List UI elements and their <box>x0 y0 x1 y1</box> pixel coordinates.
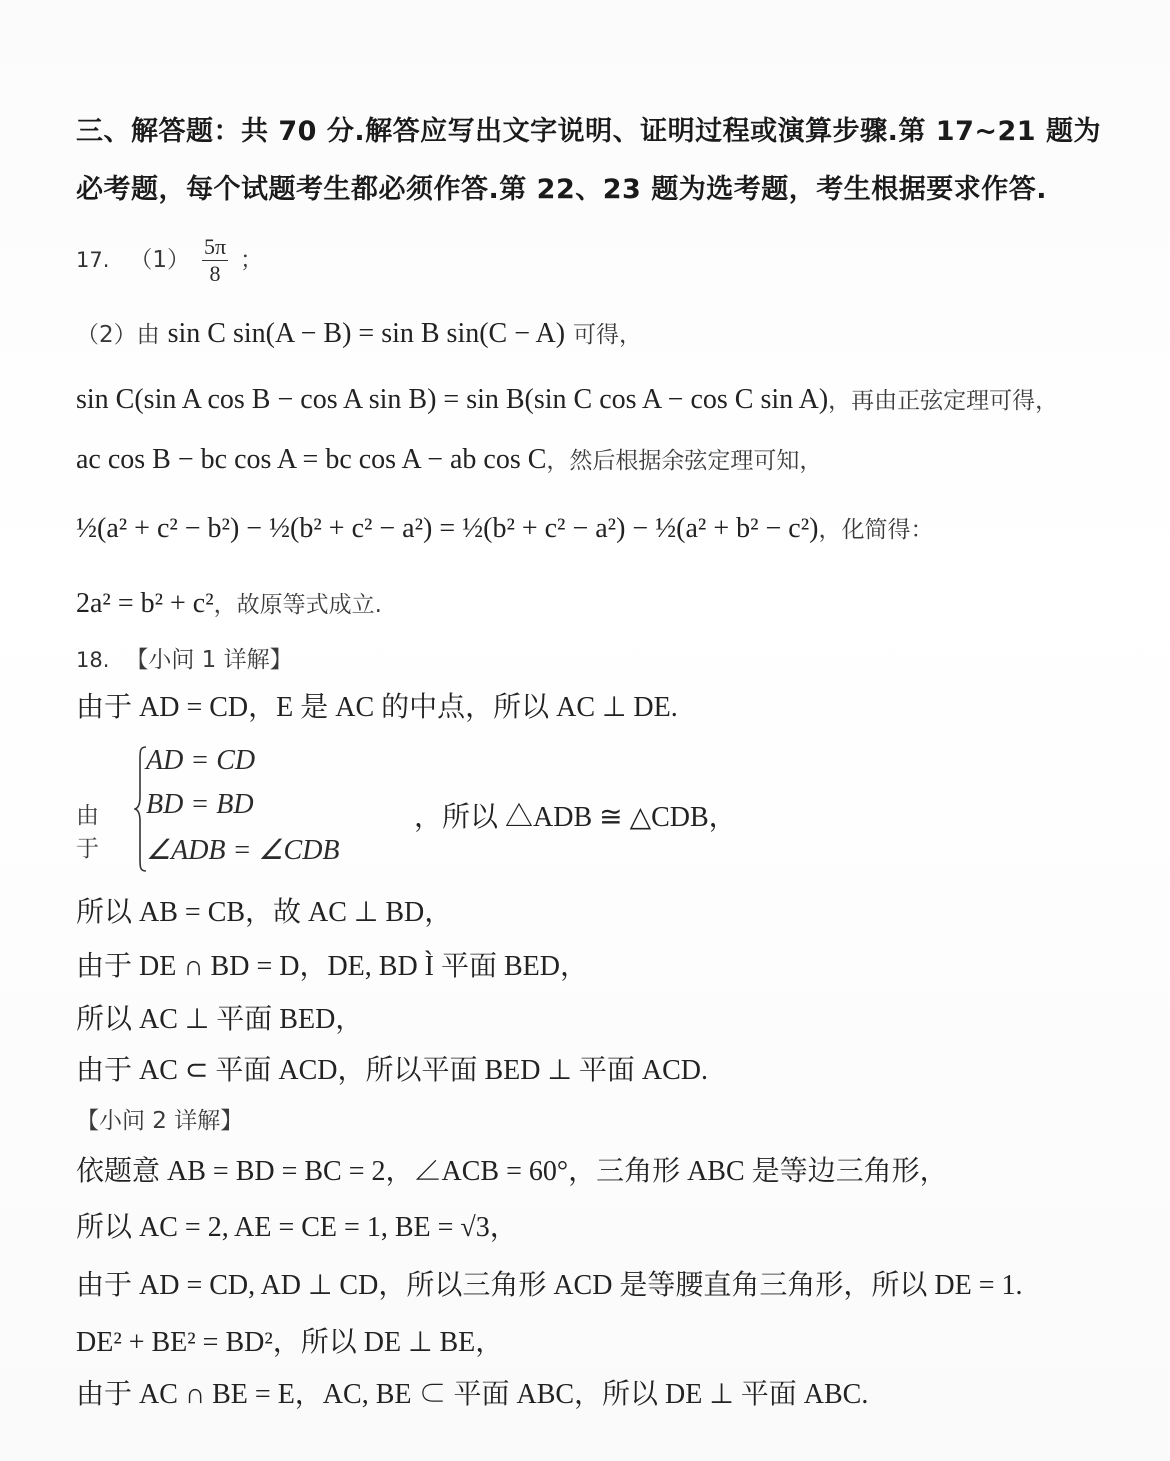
q17-part2-line-1: （2）由 sin C sin(A − B) = sin B sin(C − A)… <box>76 320 642 348</box>
equation: ac cos B − bc cos A = bc cos A − ab cos … <box>76 444 546 475</box>
fraction-denominator: 8 <box>210 261 221 285</box>
section-header-line-1: 三、解答题：共 70 分.解答应写出文字说明、证明过程或演算步骤.第 17~21… <box>76 118 1101 145</box>
text-post: 可得， <box>573 322 642 348</box>
q18-sub1-line-5: 所以 AC ⊥ 平面 BED， <box>76 1006 363 1034</box>
q18-sub2-line-1: 依题意 AB = BD = BC = 2，∠ACB = 60°，三角形 ABC … <box>76 1158 948 1186</box>
q17-part2-line-2: sin C(sin A cos B − cos A sin B) = sin B… <box>76 386 1058 414</box>
equation: 2a² = b² + c² <box>76 588 214 619</box>
fraction-numerator: 5π <box>202 236 228 261</box>
q18-sub1-line-1: 由于 AD = CD，E 是 AC 的中点，所以 AC ⊥ DE. <box>76 694 678 722</box>
q17-part2-line-3: ac cos B − bc cos A = bc cos A − ab cos … <box>76 446 822 474</box>
section-header-line-2: 必考题，每个试题考生都必须作答.第 22、23 题为选考题，考生根据要求作答. <box>76 176 1047 203</box>
text-pre: 由于 <box>76 797 99 863</box>
q18-sub1-line-4: 由于 DE ∩ BD = D，DE, BD Ì 平面 BED， <box>76 953 588 981</box>
q18-sub1-line-6: 由于 AC ⊂ 平面 ACD，所以平面 BED ⊥ 平面 ACD. <box>76 1057 708 1085</box>
text-pre: 由 <box>137 322 160 348</box>
system-row: BD = BD <box>146 789 340 833</box>
q17-part1-label: （1） <box>129 247 190 273</box>
q17-number: 17. <box>76 248 109 272</box>
q18-sub1-line-3: 所以 AB = CB，故 AC ⊥ BD， <box>76 899 452 927</box>
text-post: ，化简得： <box>818 517 933 543</box>
q18-sub2-title: 【小问 2 详解】 <box>76 1110 243 1133</box>
q18-sub2-line-4: DE² + BE² = BD²，所以 DE ⊥ BE， <box>76 1329 503 1357</box>
q18-number: 18. <box>76 648 109 672</box>
q18-sub2-line-5: 由于 AC ∩ BE = E，AC, BE ⊂ 平面 ABC，所以 DE ⊥ 平… <box>76 1381 868 1409</box>
q18-sub1-heading: 18. 【小问 1 详解】 <box>76 646 293 672</box>
text-post: ，再由正弦定理可得， <box>828 388 1058 414</box>
q18-sub2-line-3: 由于 AD = CD, AD ⊥ CD，所以三角形 ACD 是等腰直角三角形，所… <box>76 1272 1023 1300</box>
text-post: ，然后根据余弦定理可知， <box>546 448 822 474</box>
q17-part1-answer: 5π 8 <box>202 236 228 285</box>
equation: ½(a² + c² − b²) − ½(b² + c² − a²) = ½(b²… <box>76 513 818 544</box>
system-rows: AD = CD BD = BD ∠ADB = ∠CDB <box>146 745 340 877</box>
equation: sin C sin(A − B) = sin B sin(C − A) <box>168 318 565 349</box>
q18-sub1-title: 【小问 1 详解】 <box>125 647 292 673</box>
text-post: ，所以 △ADB ≅ △CDB， <box>414 795 737 835</box>
q17-part1-suffix: ； <box>240 247 263 273</box>
system-row: AD = CD <box>146 745 340 789</box>
system-row: ∠ADB = ∠CDB <box>146 833 340 877</box>
q18-sub2-line-2: 所以 AC = 2, AE = CE = 1, BE = √3， <box>76 1214 518 1242</box>
q17-part2-label: （2） <box>76 322 137 348</box>
equation: sin C(sin A cos B − cos A sin B) = sin B… <box>76 384 828 415</box>
text-post: ，故原等式成立. <box>214 592 382 618</box>
q17-part2-line-4: ½(a² + c² − b²) − ½(b² + c² − a²) = ½(b²… <box>76 515 933 543</box>
q17-part1: 17. （1） 5π 8 ； <box>76 236 263 285</box>
q17-part2-line-5: 2a² = b² + c²，故原等式成立. <box>76 590 382 618</box>
